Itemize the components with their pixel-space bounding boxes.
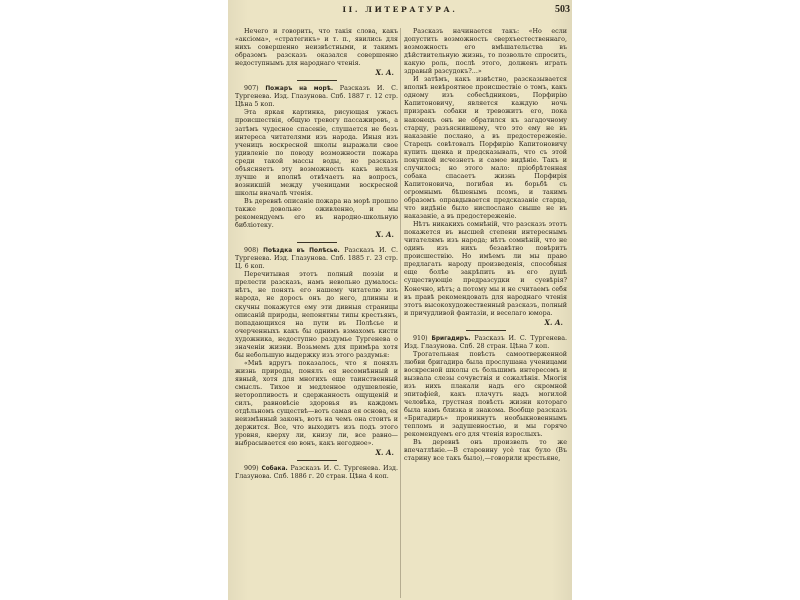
review-paragraph: Въ деревнѣ описаніе пожара на морѣ прошл…: [235, 198, 398, 230]
entry-number: 907): [244, 85, 259, 92]
review-paragraph: Нѣтъ никакихъ сомнѣній, что разсказъ это…: [404, 221, 567, 318]
entry-heading-907: 907) Пожаръ на морѣ. Разсказъ И. С. Тург…: [235, 85, 398, 109]
entry-citation: Разсказъ И. С. Тургенева. Изд. Глазунова…: [404, 335, 567, 350]
entry-heading-909: 909) Собака. Разсказъ И. С. Тургенева. И…: [235, 465, 398, 481]
review-paragraph: Разсказъ начинается такъ: «Но если допус…: [404, 28, 567, 76]
review-paragraph: Въ деревнѣ онъ произвелъ то же впечатлѣн…: [404, 439, 567, 463]
signature: Х. А.: [235, 231, 394, 239]
entry-number: 908): [244, 247, 259, 254]
review-paragraph: И затѣмъ, какъ извѣстно, разсказывается …: [404, 76, 567, 221]
signature: Х. А.: [235, 449, 394, 457]
entry-number: 910): [413, 335, 428, 342]
page-number: 503: [555, 4, 570, 15]
review-paragraph: Трогательная повѣсть самоотверженной люб…: [404, 351, 567, 440]
section-rule: [466, 330, 506, 331]
right-column: Разсказъ начинается такъ: «Но если допус…: [404, 28, 567, 463]
section-rule: [297, 460, 337, 461]
review-paragraph: Перечитывая этотъ полный поэзіи и прелес…: [235, 271, 398, 360]
column-divider: [400, 28, 401, 598]
entry-heading-910: 910) Бригадиръ. Разсказъ И. С. Тургенева…: [404, 335, 567, 351]
entry-citation: Разсказъ И. С. Тургенева. Изд. Глазунова…: [235, 465, 398, 480]
quotation-paragraph: «Мнѣ вдругъ показалось, что я понялъ жиз…: [235, 360, 398, 449]
intro-paragraph: Нечего и говорить, что такія слова, какъ…: [235, 28, 398, 68]
book-page: II. ЛИТЕРАТУРА. 503 Нечего и говорить, ч…: [228, 0, 572, 600]
left-column: Нечего и говорить, что такія слова, какъ…: [235, 28, 398, 481]
signature: Х. А.: [404, 319, 563, 327]
section-rule: [297, 242, 337, 243]
section-title: II. ЛИТЕРАТУРА.: [228, 5, 572, 14]
running-header: II. ЛИТЕРАТУРА. 503: [228, 4, 572, 18]
entry-title: Бригадиръ.: [431, 336, 470, 342]
entry-title: Поѣздка въ Полѣсье.: [263, 248, 340, 254]
entry-title: Пожаръ на морѣ.: [265, 86, 333, 92]
entry-number: 909): [244, 465, 259, 472]
signature: Х. А.: [235, 69, 394, 77]
section-rule: [297, 80, 337, 81]
entry-title: Собака.: [261, 466, 287, 472]
entry-heading-908: 908) Поѣздка въ Полѣсье. Разсказъ И. С. …: [235, 247, 398, 271]
review-paragraph: Эта яркая картинка, рисующая ужасъ проис…: [235, 109, 398, 198]
